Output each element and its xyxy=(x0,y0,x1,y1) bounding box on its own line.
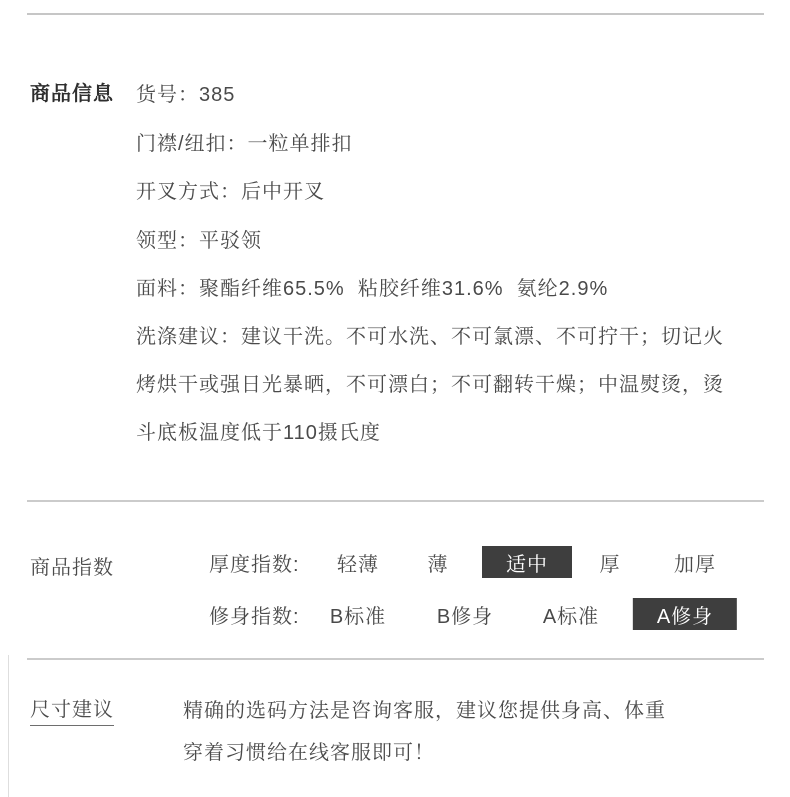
size-advice-line: 精确的选码方法是咨询客服，建议您提供身高、体重 xyxy=(183,694,666,723)
thickness-index-row: 厚度指数: 轻薄 薄 适中 厚 加厚 xyxy=(0,546,790,578)
top-divider xyxy=(27,13,764,15)
product-info-line: 货号：385 xyxy=(136,78,235,107)
product-info-line: 斗底板温度低于110摄氏度 xyxy=(136,416,381,445)
fit-index-row: 修身指数: B标准 B修身 A标准 A修身 xyxy=(0,598,790,630)
product-info-line: 开叉方式：后中开叉 xyxy=(136,175,325,204)
fit-option: B标准 xyxy=(330,598,386,630)
section-divider xyxy=(27,658,764,660)
thickness-option: 加厚 xyxy=(674,546,716,578)
product-info-line: 门襟/纽扣：一粒单排扣 xyxy=(136,127,353,156)
size-advice-line: 穿着习惯给在线客服即可！ xyxy=(183,736,435,765)
fit-index-label: 修身指数: xyxy=(209,598,300,630)
thickness-index-label: 厚度指数: xyxy=(209,546,300,578)
thickness-option: 厚 xyxy=(600,546,621,578)
size-advice-heading: 尺寸建议 xyxy=(30,693,114,726)
thickness-option: 适中 xyxy=(482,546,572,578)
product-info-heading: 商品信息 xyxy=(30,77,114,106)
section-divider xyxy=(27,500,764,502)
fit-option: A标准 xyxy=(543,598,599,630)
product-detail-page: 商品信息 货号：385 门襟/纽扣：一粒单排扣 开叉方式：后中开叉 领型：平驳领… xyxy=(0,0,790,797)
product-info-line: 面料：聚酯纤维65.5% 粘胶纤维31.6% 氨纶2.9% xyxy=(136,272,608,301)
fit-option: B修身 xyxy=(437,598,493,630)
product-info-line: 洗涤建议：建议干洗。不可水洗、不可氯漂、不可拧干；切记火 xyxy=(136,320,724,349)
product-info-line: 烤烘干或强日光暴晒，不可漂白；不可翻转干燥；中温熨烫，烫 xyxy=(136,368,724,397)
product-info-line: 领型：平驳领 xyxy=(136,224,262,253)
thickness-option: 薄 xyxy=(428,546,449,578)
thickness-option: 轻薄 xyxy=(337,546,379,578)
fit-option: A修身 xyxy=(633,598,737,630)
page-edge-line xyxy=(8,655,9,797)
